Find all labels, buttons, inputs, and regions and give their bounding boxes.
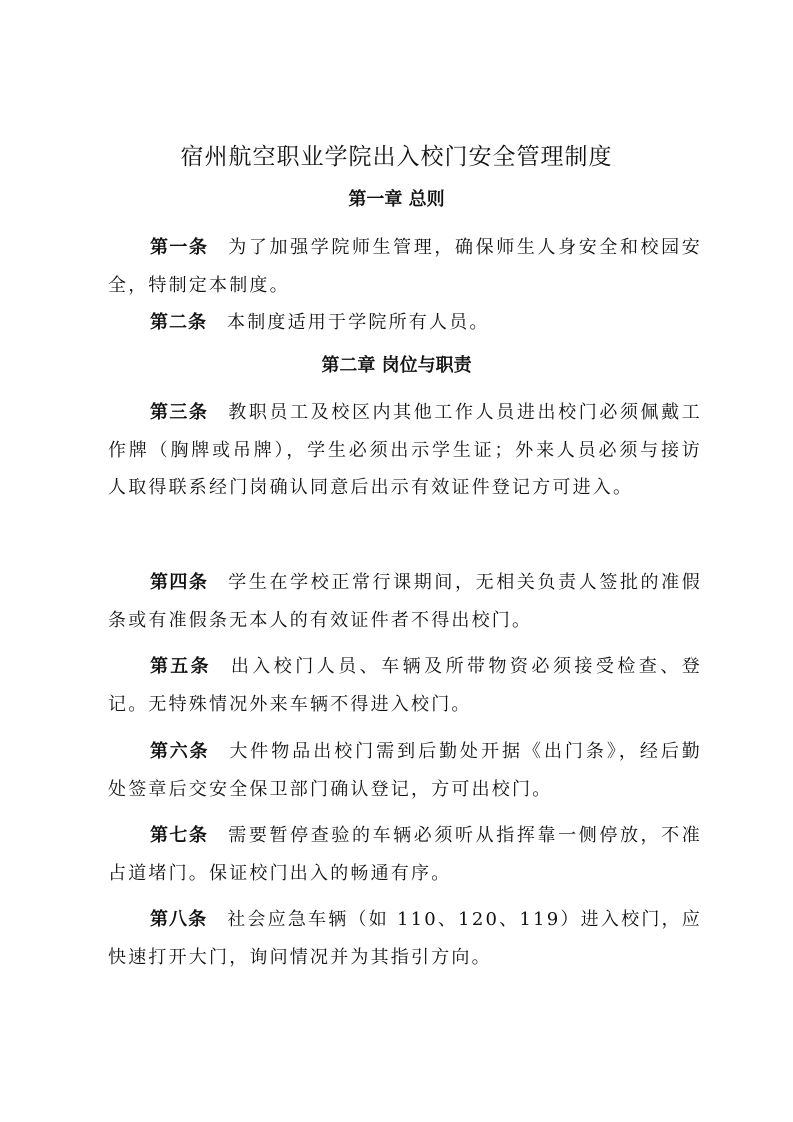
document-title: 宿州航空职业学院出入校门安全管理制度 xyxy=(0,140,793,174)
chapter-2-heading: 第二章 岗位与职责 xyxy=(0,352,793,380)
article-label: 第五条 xyxy=(150,656,211,677)
article-5: 第五条出入校门人员、车辆及所带物资必须接受检查、登记。无特殊情况外来车辆不得进入… xyxy=(108,648,702,723)
article-2: 第二条本制度适用于学院所有人员。 xyxy=(108,304,702,342)
article-label: 第二条 xyxy=(150,312,207,333)
article-text: 本制度适用于学院所有人员。 xyxy=(227,312,490,333)
article-label: 第六条 xyxy=(150,741,209,762)
article-label: 第三条 xyxy=(150,402,208,423)
article-4: 第四条学生在学校正常行课期间，无相关负责人签批的准假条或有准假条无本人的有效证件… xyxy=(108,564,702,639)
article-6: 第六条大件物品出校门需到后勤处开据《出门条》，经后勤处签章后交安全保卫部门确认登… xyxy=(108,733,702,808)
chapter-1-heading: 第一章 总则 xyxy=(0,186,793,214)
article-1: 第一条为了加强学院师生管理，确保师生人身安全和校园安全，特制定本制度。 xyxy=(108,229,702,304)
article-8: 第八条社会应急车辆（如 110、120、119）进入校门，应快速打开大门，询问情… xyxy=(108,901,702,976)
article-label: 第八条 xyxy=(150,909,207,930)
article-3: 第三条教职员工及校区内其他工作人员进出校门必须佩戴工作牌（胸牌或吊牌），学生必须… xyxy=(108,394,702,507)
article-label: 第一条 xyxy=(150,237,208,258)
article-label: 第四条 xyxy=(150,572,208,593)
article-7: 第七条需要暂停查验的车辆必须听从指挥靠一侧停放，不准占道堵门。保证校门出入的畅通… xyxy=(108,817,702,892)
article-label: 第七条 xyxy=(150,825,208,846)
